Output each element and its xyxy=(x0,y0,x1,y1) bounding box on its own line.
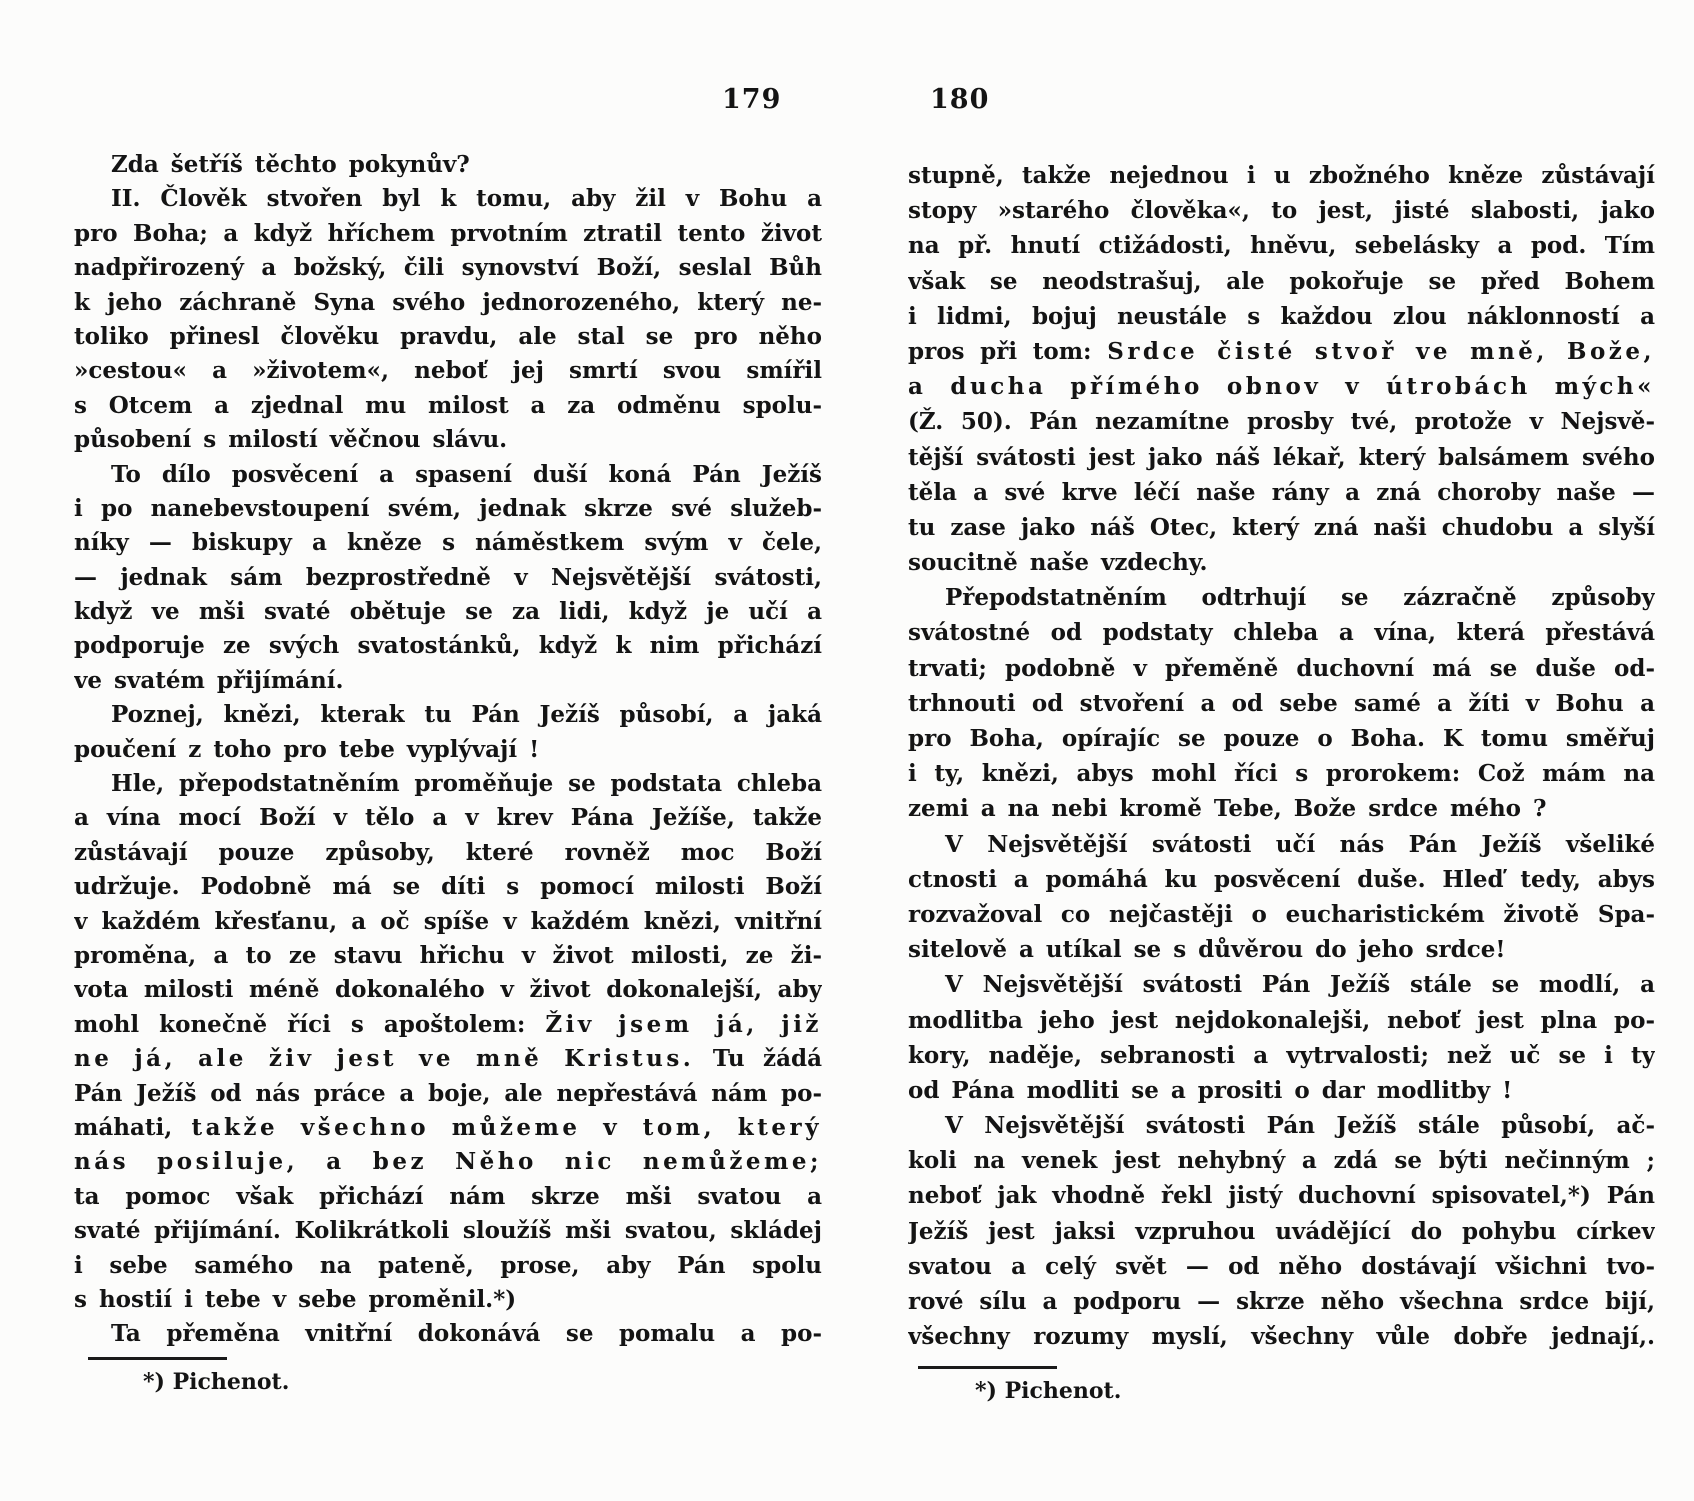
text-line: od Pána modliti se a prositi o dar modli… xyxy=(908,1073,1655,1108)
page-left-text-column: Zda šetříš těchto pokynův?II. Člověk stv… xyxy=(74,148,822,1352)
text-line: stopy »starého člověka«, to jest, jisté … xyxy=(908,193,1655,228)
text-line: Hle, přepodstatněním proměňuje se podsta… xyxy=(74,767,822,801)
text-segment: i po nanebevstoupení svém, jednak skrze … xyxy=(74,495,822,522)
text-segment: s hostií i tebe v sebe proměnil.*) xyxy=(74,1286,516,1313)
text-line: pro Boha, opírajíc se pouze o Boha. K to… xyxy=(908,721,1655,756)
text-line: s hostií i tebe v sebe proměnil.*) xyxy=(74,1283,822,1317)
text-segment: V Nejsvětější svátosti učí nás Pán Ježíš… xyxy=(945,831,1655,858)
text-line: soucitně naše vzdechy. xyxy=(908,545,1655,580)
text-segment: V Nejsvětější svátosti Pán Ježíš stále p… xyxy=(945,1112,1655,1139)
text-line: sitelově a utíkal se s důvěrou do jeho s… xyxy=(908,932,1655,967)
text-line: na př. hnutí ctižádosti, hněvu, sebelásk… xyxy=(908,228,1655,263)
text-line: trvati; podobně v přeměně duchovní má se… xyxy=(908,651,1655,686)
text-line: podporuje ze svých svatostánků, když k n… xyxy=(74,629,822,663)
text-line: Ta přeměna vnitřní dokonává se pomalu a … xyxy=(74,1317,822,1351)
text-line: rozvažoval co nejčastěji o eucharistické… xyxy=(908,897,1655,932)
footnote-right: *) Pichenot. xyxy=(975,1378,1121,1404)
text-line: poučení z toho pro tebe vyplývají ! xyxy=(74,733,822,767)
text-segment: Zda šetříš těchto pokynův? xyxy=(111,151,470,178)
text-line: máhati, takže všechno můžeme v tom, kter… xyxy=(74,1111,822,1145)
text-segment: i sebe samého na pateně, prose, aby Pán … xyxy=(74,1252,822,1279)
text-line: proměna, a to ze stavu hřichu v život mi… xyxy=(74,939,822,973)
text-segment: II. Člověk stvořen byl k tomu, aby žil v… xyxy=(111,185,822,212)
text-segment: V Nejsvětější svátosti Pán Ježíš stále s… xyxy=(945,971,1655,998)
text-line: k jeho záchraně Syna svého jednorozeného… xyxy=(74,286,822,320)
text-line: působení s milostí věčnou slávu. xyxy=(74,423,822,457)
text-line: rové sílu a podporu — skrze něho všechna… xyxy=(908,1284,1655,1319)
text-line: pro Boha; a když hříchem prvotním ztrati… xyxy=(74,217,822,251)
text-segment: i ty, knězi, abys mohl říci s prorokem: … xyxy=(908,760,1655,787)
text-line: toliko přinesl člověku pravdu, ale stal … xyxy=(74,320,822,354)
text-segment: Hle, přepodstatněním proměňuje se podsta… xyxy=(111,770,822,797)
text-line: V Nejsvětější svátosti Pán Ježíš stále p… xyxy=(908,1108,1655,1143)
text-line: všechny rozumy myslí, všechny vůle dobře… xyxy=(908,1319,1655,1354)
text-line: níky — biskupy a kněze s náměstkem svým … xyxy=(74,526,822,560)
text-line: svátostné od podstaty chleba a vína, kte… xyxy=(908,615,1655,650)
text-segment: níky — biskupy a kněze s náměstkem svým … xyxy=(74,529,822,556)
text-segment: na př. hnutí ctižádosti, hněvu, sebelásk… xyxy=(908,232,1655,259)
text-segment: Tu žádá xyxy=(694,1045,822,1072)
text-segment: máhati, xyxy=(74,1114,191,1141)
text-line: Pán Ježíš od nás práce a boje, ale nepře… xyxy=(74,1077,822,1111)
text-segment: od Pána modliti se a prositi o dar modli… xyxy=(908,1077,1512,1104)
text-line: těla a své krve léčí naše rány a zná cho… xyxy=(908,475,1655,510)
text-line: i ty, knězi, abys mohl říci s prorokem: … xyxy=(908,756,1655,791)
text-segment: poučení z toho pro tebe vyplývají ! xyxy=(74,736,539,763)
text-segment: Pán Ježíš od nás práce a boje, ale nepře… xyxy=(74,1080,822,1107)
text-segment: Poznej, knězi, kterak tu Pán Ježíš působ… xyxy=(111,701,822,728)
page-right-text-column: stupně, takže nejednou i u zbožného kněz… xyxy=(908,158,1655,1354)
text-segment: svaté přijímání. Kolikrátkoli sloužíš mš… xyxy=(74,1217,822,1244)
text-line: stupně, takže nejednou i u zbožného kněz… xyxy=(908,158,1655,193)
text-line: V Nejsvětější svátosti učí nás Pán Ježíš… xyxy=(908,827,1655,862)
text-line: ta pomoc však přichází nám skrze mši sva… xyxy=(74,1180,822,1214)
text-line: Přepodstatněním odtrhují se zázračně způ… xyxy=(908,580,1655,615)
book-spread: 179 Zda šetříš těchto pokynův?II. Člověk… xyxy=(0,0,1694,1501)
text-line: však se neodstrašuj, ale pokořuje se pře… xyxy=(908,264,1655,299)
text-line: modlitba jeho jest nejdokonalejši, neboť… xyxy=(908,1003,1655,1038)
text-line: svatou a celý svět — od něho dostávají v… xyxy=(908,1249,1655,1284)
text-line: ctnosti a pomáhá ku posvěcení duše. Hleď… xyxy=(908,862,1655,897)
text-line: a ducha přímého obnov v útrobách mých« xyxy=(908,369,1655,404)
text-segment: pro Boha, opírajíc se pouze o Boha. K to… xyxy=(908,725,1655,752)
emphasized-spaced-text: a ducha přímého obnov v útrobách mých« xyxy=(908,373,1655,400)
text-segment: (Ž. 50). Pán nezamítne prosby tvé, proto… xyxy=(908,408,1655,435)
text-line: (Ž. 50). Pán nezamítne prosby tvé, proto… xyxy=(908,404,1655,439)
text-segment: však se neodstrašuj, ale pokořuje se pře… xyxy=(908,268,1655,295)
text-line: mohl konečně říci s apoštolem: Živ jsem … xyxy=(74,1008,822,1042)
text-segment: udržuje. Podobně má se díti s pomocí mil… xyxy=(74,873,822,900)
text-line: vota milosti méně dokonalého v život dok… xyxy=(74,973,822,1007)
text-line: V Nejsvětější svátosti Pán Ježíš stále s… xyxy=(908,967,1655,1002)
text-segment: tu zase jako náš Otec, který zná naši ch… xyxy=(908,514,1655,541)
text-line: tější svátosti jest jako náš lékař, kter… xyxy=(908,440,1655,475)
text-segment: rové sílu a podporu — skrze něho všechna… xyxy=(908,1288,1655,1315)
text-line: pros při tom: Srdce čisté stvoř ve mně, … xyxy=(908,334,1655,369)
text-segment: soucitně naše vzdechy. xyxy=(908,549,1208,576)
text-line: v každém křesťanu, a oč spíše v každém k… xyxy=(74,905,822,939)
text-line: Zda šetříš těchto pokynův? xyxy=(74,148,822,182)
text-segment: v každém křesťanu, a oč spíše v každém k… xyxy=(74,908,822,935)
text-line: udržuje. Podobně má se díti s pomocí mil… xyxy=(74,870,822,904)
text-segment: »cestou« a »životem«, neboť jej smrtí sv… xyxy=(74,357,822,384)
text-line: neboť jak vhodně řekl jistý duchovní spi… xyxy=(908,1178,1655,1213)
text-segment: a vína mocí Boží v tělo a v krev Pána Je… xyxy=(74,804,822,831)
text-segment: působení s milostí věčnou slávu. xyxy=(74,426,507,453)
text-segment: zemi a na nebi kromě Tebe, Bože srdce mé… xyxy=(908,795,1547,822)
text-line: zůstávají pouze způsoby, které rovněž mo… xyxy=(74,836,822,870)
text-line: trhnouti od stvoření a od sebe samé a ží… xyxy=(908,686,1655,721)
text-line: Poznej, knězi, kterak tu Pán Ježíš působ… xyxy=(74,698,822,732)
emphasized-spaced-text: Srdce čisté stvoř ve mně, Bože, xyxy=(1107,338,1655,365)
emphasized-spaced-text: takže všechno můžeme v tom, který xyxy=(191,1114,822,1141)
text-segment: pro Boha; a když hříchem prvotním ztrati… xyxy=(74,220,822,247)
text-line: »cestou« a »životem«, neboť jej smrtí sv… xyxy=(74,354,822,388)
text-segment: všechny rozumy myslí, všechny vůle dobře… xyxy=(908,1323,1655,1350)
text-segment: stopy »starého člověka«, to jest, jisté … xyxy=(908,197,1655,224)
text-segment: i lidmi, bojuj neustále s každou zlou ná… xyxy=(908,303,1655,330)
text-segment: podporuje ze svých svatostánků, když k n… xyxy=(74,632,822,659)
text-segment: — jednak sám bezprostředně v Nejsvětější… xyxy=(74,564,822,591)
page-180: 180 stupně, takže nejednou i u zbožného … xyxy=(908,0,1655,1501)
text-line: To dílo posvěcení a spasení duší koná Pá… xyxy=(74,458,822,492)
page-number-left: 179 xyxy=(722,84,781,115)
text-segment: ctnosti a pomáhá ku posvěcení duše. Hleď… xyxy=(908,866,1655,893)
text-segment: trhnouti od stvoření a od sebe samé a ží… xyxy=(908,690,1655,717)
text-line: tu zase jako náš Otec, který zná naši ch… xyxy=(908,510,1655,545)
text-segment: když ve mši svaté obětuje se za lidi, kd… xyxy=(74,598,822,625)
text-line: svaté přijímání. Kolikrátkoli sloužíš mš… xyxy=(74,1214,822,1248)
text-segment: těla a své krve léčí naše rány a zná cho… xyxy=(908,479,1655,506)
text-segment: proměna, a to ze stavu hřichu v život mi… xyxy=(74,942,822,969)
text-line: zemi a na nebi kromě Tebe, Bože srdce mé… xyxy=(908,791,1655,826)
text-line: i po nanebevstoupení svém, jednak skrze … xyxy=(74,492,822,526)
footnote-rule-right xyxy=(918,1366,1057,1369)
text-segment: mohl konečně říci s apoštolem: xyxy=(74,1011,545,1038)
text-segment: svatou a celý svět — od něho dostávají v… xyxy=(908,1253,1655,1280)
text-segment: modlitba jeho jest nejdokonalejši, neboť… xyxy=(908,1007,1655,1034)
page-179: 179 Zda šetříš těchto pokynův?II. Člověk… xyxy=(74,0,822,1501)
text-segment: neboť jak vhodně řekl jistý duchovní spi… xyxy=(908,1182,1655,1209)
text-line: i sebe samého na pateně, prose, aby Pán … xyxy=(74,1249,822,1283)
text-line: s Otcem a zjednal mu milost a za odměnu … xyxy=(74,389,822,423)
emphasized-spaced-text: nás posiluje, a bez Něho nic nemůžeme; xyxy=(74,1148,822,1175)
text-segment: nadpřirozený a božský, čili synovství Bo… xyxy=(74,254,822,281)
text-segment: s Otcem a zjednal mu milost a za odměnu … xyxy=(74,392,822,419)
text-segment: Ježíš jest jaksi vzpruhou uvádějící do p… xyxy=(908,1218,1655,1245)
text-segment: To dílo posvěcení a spasení duší koná Pá… xyxy=(111,461,822,488)
text-line: ve svatém přijímání. xyxy=(74,664,822,698)
text-line: nadpřirozený a božský, čili synovství Bo… xyxy=(74,251,822,285)
text-line: — jednak sám bezprostředně v Nejsvětější… xyxy=(74,561,822,595)
text-line: a vína mocí Boží v tělo a v krev Pána Je… xyxy=(74,801,822,835)
text-segment: tější svátosti jest jako náš lékař, kter… xyxy=(908,444,1655,471)
emphasized-spaced-text: ne já, ale živ jest ve mně Kristus. xyxy=(74,1045,694,1072)
text-segment: ve svatém přijímání. xyxy=(74,667,344,694)
text-segment: stupně, takže nejednou i u zbožného kněz… xyxy=(908,162,1655,189)
text-line: i lidmi, bojuj neustále s každou zlou ná… xyxy=(908,299,1655,334)
text-segment: vota milosti méně dokonalého v život dok… xyxy=(74,976,822,1003)
text-line: Ježíš jest jaksi vzpruhou uvádějící do p… xyxy=(908,1214,1655,1249)
text-segment: pros při tom: xyxy=(908,338,1107,365)
text-line: nás posiluje, a bez Něho nic nemůžeme; xyxy=(74,1145,822,1179)
text-segment: toliko přinesl člověku pravdu, ale stal … xyxy=(74,323,822,350)
text-segment: rozvažoval co nejčastěji o eucharistické… xyxy=(908,901,1655,928)
text-line: když ve mši svaté obětuje se za lidi, kd… xyxy=(74,595,822,629)
text-segment: zůstávají pouze způsoby, které rovněž mo… xyxy=(74,839,822,866)
text-segment: Ta přeměna vnitřní dokonává se pomalu a … xyxy=(111,1320,822,1347)
text-segment: svátostné od podstaty chleba a vína, kte… xyxy=(908,619,1655,646)
text-line: II. Člověk stvořen byl k tomu, aby žil v… xyxy=(74,182,822,216)
text-line: kory, naděje, sebranosti a vytrvalosti; … xyxy=(908,1038,1655,1073)
text-segment: trvati; podobně v přeměně duchovní má se… xyxy=(908,655,1655,682)
text-segment: k jeho záchraně Syna svého jednorozeného… xyxy=(74,289,822,316)
emphasized-spaced-text: Živ jsem já, již xyxy=(545,1011,822,1038)
text-line: ne já, ale živ jest ve mně Kristus. Tu ž… xyxy=(74,1042,822,1076)
footnote-rule-left xyxy=(88,1357,227,1360)
page-number-right: 180 xyxy=(930,84,989,115)
footnote-left: *) Pichenot. xyxy=(143,1369,289,1395)
text-segment: kory, naděje, sebranosti a vytrvalosti; … xyxy=(908,1042,1655,1069)
text-segment: sitelově a utíkal se s důvěrou do jeho s… xyxy=(908,936,1505,963)
text-line: koli na venek jest nehybný a zdá se býti… xyxy=(908,1143,1655,1178)
text-segment: koli na venek jest nehybný a zdá se býti… xyxy=(908,1147,1655,1174)
text-segment: ta pomoc však přichází nám skrze mši sva… xyxy=(74,1183,822,1210)
text-segment: Přepodstatněním odtrhují se zázračně způ… xyxy=(945,584,1655,611)
